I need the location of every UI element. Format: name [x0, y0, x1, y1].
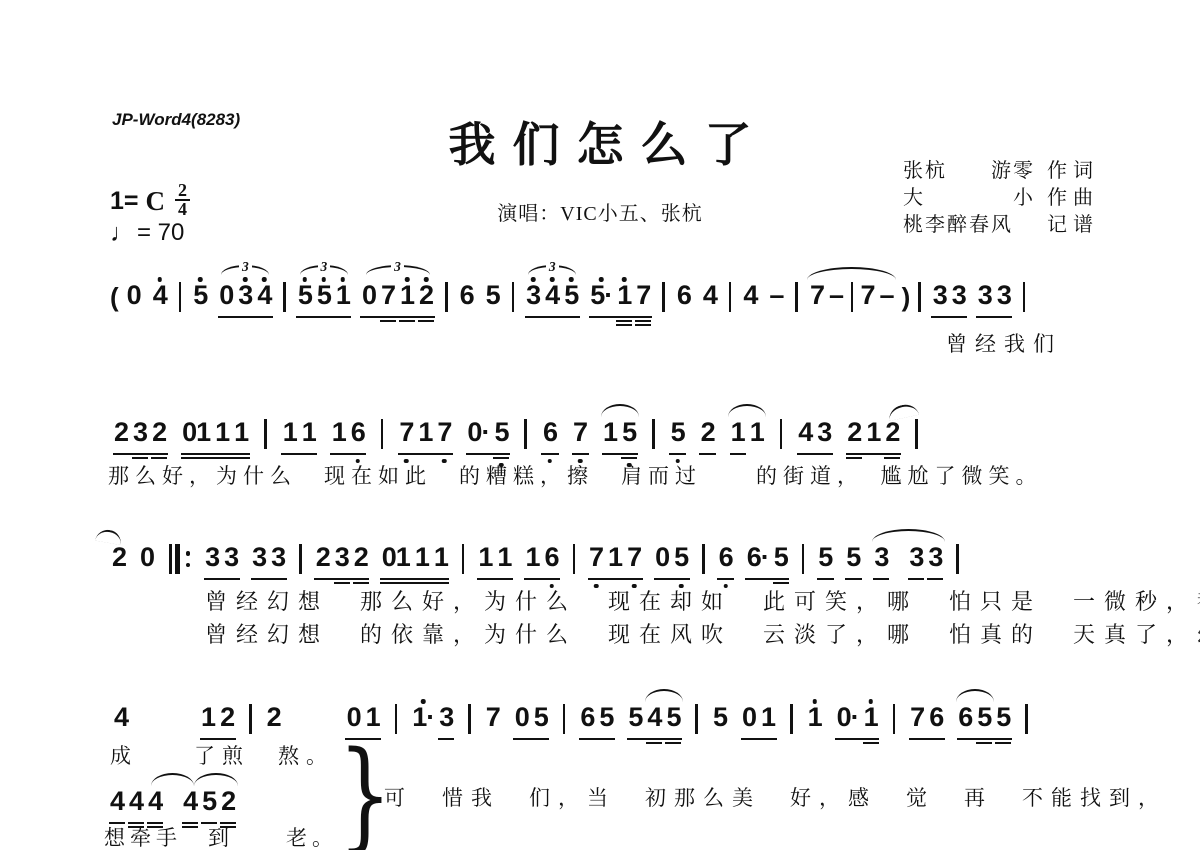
- barline: [563, 704, 566, 734]
- octave-up-dot: [405, 277, 410, 282]
- beam-line: [908, 578, 924, 580]
- note-group: 5: [710, 702, 729, 736]
- note: 5: [975, 702, 994, 736]
- barline: [468, 704, 471, 734]
- tempo-value: = 70: [137, 219, 184, 247]
- note-glyph: 5: [977, 702, 991, 732]
- music-line: 444452: [104, 786, 241, 820]
- note-group: 1·3: [410, 702, 456, 736]
- tie-arc: [194, 773, 237, 786]
- octave-up-dot: [243, 277, 248, 282]
- note: 1: [299, 417, 318, 451]
- note: 6: [578, 702, 597, 736]
- beam-line: [398, 453, 453, 455]
- note: 3: [949, 280, 968, 314]
- note: 1: [728, 417, 747, 451]
- note-glyph: 5: [534, 702, 548, 732]
- note-glyph: 5: [494, 417, 508, 447]
- note: 1: [412, 542, 431, 576]
- note-glyph: 5: [628, 702, 642, 732]
- barline: [381, 419, 384, 449]
- triplet-number: 3: [239, 259, 252, 274]
- beam-line: [334, 582, 350, 584]
- note: 5: [295, 280, 314, 314]
- note-group: 5: [668, 417, 687, 451]
- meter-denominator: 4: [175, 201, 190, 218]
- note: 2: [845, 417, 864, 451]
- note: 5: [664, 702, 683, 736]
- note-glyph: 1: [415, 542, 429, 572]
- credit-name: 桃李醉春风: [903, 212, 1013, 239]
- beam-line: [204, 578, 240, 580]
- note-group: 05: [512, 702, 550, 736]
- note-group: 16: [329, 417, 367, 451]
- note: 5: [620, 417, 639, 451]
- note-group: 333: [872, 542, 945, 576]
- note-glyph: 6: [460, 280, 474, 310]
- note-glyph: 5: [564, 280, 578, 310]
- note: 2: [219, 786, 238, 820]
- note: 0: [359, 280, 378, 314]
- key-signature: 1= C 2 4: [110, 184, 190, 218]
- note-glyph: 1: [525, 542, 539, 572]
- note-glyph: 5: [846, 542, 860, 572]
- note-group: 2: [698, 417, 717, 451]
- note-glyph: 4: [148, 786, 162, 816]
- note-glyph: 5: [202, 786, 216, 816]
- note-glyph: 4: [798, 417, 812, 447]
- note: 5: [483, 280, 502, 314]
- note-group: 6: [457, 280, 476, 314]
- note-glyph: 4: [647, 702, 661, 732]
- note: 3: [524, 280, 543, 314]
- beam-line: [976, 742, 992, 744]
- beam-line: [418, 320, 434, 322]
- repeat-dots: [186, 544, 191, 574]
- note-glyph: 5: [666, 702, 680, 732]
- note-group: 444452: [108, 786, 238, 820]
- note: 7: [625, 542, 644, 576]
- note: 5: [771, 542, 790, 576]
- note-glyph: 3: [224, 542, 238, 572]
- note: 5: [314, 280, 333, 314]
- note: 5: [562, 280, 581, 314]
- beam-line: [572, 453, 589, 455]
- note-glyph: 6: [580, 702, 594, 732]
- note: 4: [700, 280, 719, 314]
- note-glyph: 1: [478, 542, 492, 572]
- note: 4: [741, 280, 760, 314]
- note-group: –: [767, 280, 786, 314]
- tempo-marking: ♩ = 70: [110, 218, 184, 248]
- credit-role: 作曲: [1047, 185, 1099, 212]
- note: 7: [908, 702, 927, 736]
- note-group: 3453: [524, 280, 581, 314]
- note-group: 717: [397, 417, 454, 451]
- note: 3: [269, 542, 288, 576]
- note: 4: [127, 786, 146, 820]
- note-glyph: 4: [129, 786, 143, 816]
- note: 01: [379, 542, 412, 576]
- note-group: 5: [191, 280, 210, 314]
- key-tonic: C: [146, 186, 166, 217]
- note-glyph: 7: [399, 417, 413, 447]
- note-glyph: 3: [335, 542, 349, 572]
- note: 3: [437, 702, 456, 736]
- note-glyph: –: [880, 280, 894, 310]
- note-glyph: 6: [929, 702, 943, 732]
- note-group: 5: [483, 280, 502, 314]
- note-group: 5: [816, 542, 835, 576]
- note-glyph: 6: [351, 417, 365, 447]
- tie-arc: [95, 528, 123, 545]
- quarter-note-icon: ♩: [110, 219, 135, 248]
- beam-line: [314, 578, 369, 580]
- note-glyph: 1: [617, 280, 631, 310]
- credit-name: 游零: [991, 158, 1035, 185]
- note-glyph: 1: [761, 702, 775, 732]
- note: 7: [807, 280, 826, 314]
- tie-arc: [645, 689, 683, 702]
- note-group: 01: [740, 702, 778, 736]
- note: 1: [431, 542, 450, 576]
- note-glyph: 1: [201, 702, 215, 732]
- lyrics-line: 曾经幻想 的依靠，为什么 现在风吹 云淡了，哪 怕真的 天真了，幻: [205, 618, 1200, 649]
- note: 2: [698, 417, 717, 451]
- credit-row: 桃李醉春风记谱: [903, 212, 1093, 239]
- note-glyph: 1: [400, 280, 414, 310]
- note: 0: [138, 542, 157, 576]
- note-glyph: 2: [419, 280, 433, 310]
- barline: [915, 419, 918, 449]
- beam-line: [717, 578, 734, 580]
- barline: [264, 419, 267, 449]
- music-line: (04503435513071236534535·17644–7–7–)3333: [108, 280, 1031, 314]
- music-line: 4122011·37056554550110·176655: [108, 702, 1034, 736]
- beam-line: [589, 316, 652, 318]
- note-glyph: 2: [701, 417, 715, 447]
- note-glyph: 6: [958, 702, 972, 732]
- note-group: 11: [280, 417, 318, 451]
- note-glyph: 2: [354, 542, 368, 572]
- note-group: 12: [199, 702, 237, 736]
- note-glyph: 5: [599, 702, 613, 732]
- beam-line: [181, 457, 250, 459]
- note-group: 1: [805, 702, 824, 736]
- beam-line: [635, 320, 651, 322]
- note-group: 43: [796, 417, 834, 451]
- credit-name: 小: [1013, 185, 1035, 212]
- note-group: 0: [124, 280, 143, 314]
- note-glyph: 1: [866, 417, 880, 447]
- note-glyph: 1: [864, 702, 878, 732]
- note-glyph: 1: [283, 417, 297, 447]
- note-glyph: 5·: [590, 280, 612, 310]
- note-group: 33: [250, 542, 288, 576]
- note-glyph: 1: [608, 542, 622, 572]
- beam-line: [588, 578, 643, 580]
- note-group: 212: [845, 417, 902, 451]
- note: 5: [816, 542, 835, 576]
- note-glyph: 2: [847, 417, 861, 447]
- beam-line: [669, 453, 686, 455]
- note-glyph: 4: [153, 280, 167, 310]
- note: 1: [213, 417, 232, 451]
- beam-line: [817, 578, 834, 580]
- barline: [1023, 282, 1026, 312]
- note: 3: [250, 542, 269, 576]
- music-line: 203333232011111167170566·555333: [106, 542, 965, 576]
- barline: [729, 282, 732, 312]
- beam-line: [773, 582, 789, 584]
- note: 6: [457, 280, 476, 314]
- note: 7: [571, 417, 590, 451]
- lyrics-line: 曾经幻想 那么好，为什么 现在却如 此可笑，哪 怕只是 一微秒，都: [205, 585, 1200, 616]
- beam-line: [745, 578, 789, 580]
- note-glyph: 5: [674, 542, 688, 572]
- beam-line: [957, 738, 1012, 740]
- note: 4: [112, 702, 131, 736]
- note: 6·: [744, 542, 771, 576]
- note-glyph: 7: [437, 417, 451, 447]
- note: 5: [597, 702, 616, 736]
- beam-line: [976, 316, 1012, 318]
- barline: [524, 419, 527, 449]
- barline: [445, 282, 448, 312]
- note: 2: [417, 280, 436, 314]
- beam-line: [541, 453, 558, 455]
- beam-line: [151, 457, 167, 459]
- beam-line: [741, 738, 777, 740]
- beam-line: [380, 578, 449, 580]
- note-glyph: 1: [234, 417, 248, 447]
- note: 1·: [410, 702, 437, 736]
- note: 1: [615, 280, 634, 314]
- note-glyph: 5: [298, 280, 312, 310]
- note: 7: [587, 542, 606, 576]
- note-group: 4: [700, 280, 719, 314]
- note: 01: [180, 417, 213, 451]
- octave-up-dot: [421, 699, 426, 704]
- note-glyph: 2: [112, 542, 126, 572]
- beam-line: [927, 578, 943, 580]
- barline: [956, 544, 959, 574]
- note-group: 655: [956, 702, 1013, 736]
- note-glyph: 3: [526, 280, 540, 310]
- lyrics-line: 曾经我们: [946, 328, 1062, 358]
- note-group: 7–7–: [807, 280, 896, 314]
- note-glyph: 0·: [837, 702, 859, 732]
- repeat-dot: [186, 563, 191, 568]
- note: 5: [492, 417, 511, 451]
- note: 2: [150, 417, 169, 451]
- note: 0: [124, 280, 143, 314]
- octave-up-dot: [424, 277, 429, 282]
- triplet-number: 3: [391, 259, 404, 274]
- octave-up-dot: [531, 277, 536, 282]
- note: 3: [926, 542, 945, 576]
- note-glyph: 7: [810, 280, 824, 310]
- note-glyph: 5: [671, 417, 685, 447]
- beam-line: [616, 320, 632, 322]
- note: 4: [108, 786, 127, 820]
- note-glyph: 0: [140, 542, 154, 572]
- note-glyph: 7: [910, 702, 924, 732]
- note-glyph: 5: [818, 542, 832, 572]
- tie-arc: [728, 404, 766, 417]
- credit-names: 桃李醉春风: [903, 212, 1035, 239]
- credit-row: 大小作曲: [903, 185, 1093, 212]
- note-group: 0111: [180, 417, 251, 451]
- lyrics-line: 想牵手 到 老。: [104, 822, 338, 850]
- note-glyph: 1: [332, 417, 346, 447]
- tie-arc: [887, 402, 919, 421]
- note-glyph: 4: [703, 280, 717, 310]
- note-glyph: 7: [627, 542, 641, 572]
- note-group: 5513: [295, 280, 352, 314]
- note-group: 717: [587, 542, 644, 576]
- note: 2: [883, 417, 902, 451]
- note-group: 2: [110, 542, 129, 576]
- note: 2: [112, 417, 131, 451]
- beam-line: [835, 738, 879, 740]
- note-glyph: 0: [362, 280, 376, 310]
- note-glyph: 3: [933, 280, 947, 310]
- note: 3: [907, 542, 926, 576]
- beam-line: [493, 457, 509, 459]
- note: 5·: [588, 280, 615, 314]
- note-glyph: 3: [133, 417, 147, 447]
- note: 0: [653, 542, 672, 576]
- note: 5: [626, 702, 645, 736]
- note-group: 0: [138, 542, 157, 576]
- note: 1: [805, 702, 824, 736]
- note: 7: [634, 280, 653, 314]
- note-group: 0·1: [834, 702, 880, 736]
- note: 6: [542, 542, 561, 576]
- note: 7: [858, 280, 877, 314]
- note-glyph: 3: [205, 542, 219, 572]
- note: 2: [264, 702, 283, 736]
- beam-line: [251, 578, 287, 580]
- note: 7: [435, 417, 454, 451]
- note-group: 7: [483, 702, 502, 736]
- octave-up-dot: [198, 277, 203, 282]
- note-glyph: 1: [302, 417, 316, 447]
- note-glyph: 2: [221, 786, 235, 816]
- beam-line: [845, 578, 862, 580]
- note: 1: [329, 417, 348, 451]
- note-group: 6: [540, 417, 559, 451]
- note: 3: [203, 542, 222, 576]
- octave-up-dot: [569, 277, 574, 282]
- note-group: 33: [203, 542, 241, 576]
- note-group: 33: [930, 280, 968, 314]
- barline: [695, 704, 698, 734]
- note-group: 07123: [359, 280, 435, 314]
- barline: [512, 282, 515, 312]
- barline: [851, 282, 854, 312]
- note: 1: [199, 702, 218, 736]
- note: 0: [512, 702, 531, 736]
- beam-line: [218, 316, 273, 318]
- octave-up-dot: [262, 277, 267, 282]
- note: 1: [747, 417, 766, 451]
- note-glyph: 1·: [412, 702, 434, 732]
- note: 1: [333, 280, 352, 314]
- note: 3: [222, 542, 241, 576]
- credit-role: 作词: [1047, 158, 1099, 185]
- note-group: 4: [741, 280, 760, 314]
- credit-row: 张杭游零作词: [903, 158, 1093, 185]
- credit-names: 大小: [903, 185, 1035, 212]
- note-glyph: –: [829, 280, 843, 310]
- note-group: 5: [844, 542, 863, 576]
- beam-line: [132, 457, 148, 459]
- tie-arc: [151, 773, 194, 786]
- octave-up-dot: [322, 277, 327, 282]
- beam-line: [995, 742, 1011, 744]
- note: 4: [181, 786, 200, 820]
- triplet-mark: 3: [359, 258, 435, 273]
- note-glyph: 5: [774, 542, 788, 572]
- note-glyph: 6: [677, 280, 691, 310]
- note: 4: [146, 786, 165, 820]
- note-glyph: 4: [114, 702, 128, 732]
- note: 5: [200, 786, 219, 820]
- note: 5: [994, 702, 1013, 736]
- note: 4: [645, 702, 664, 736]
- lyrics-line: 成 了煎 熬。: [110, 740, 334, 770]
- beam-line: [281, 453, 317, 455]
- tie-arc: [872, 529, 945, 542]
- note: 7: [483, 702, 502, 736]
- note-glyph: 5: [486, 280, 500, 310]
- note-glyph: –: [769, 280, 783, 310]
- credit-name: 张杭: [903, 158, 947, 185]
- barline: [283, 282, 286, 312]
- beam-line: [181, 453, 250, 455]
- beam-line: [621, 457, 637, 459]
- note: 1: [476, 542, 495, 576]
- note-glyph: 2: [152, 417, 166, 447]
- note-glyph: 6: [543, 417, 557, 447]
- note: 5: [531, 702, 550, 736]
- note: 1: [523, 542, 542, 576]
- note: 4: [150, 280, 169, 314]
- note-glyph: 7: [486, 702, 500, 732]
- note-glyph: 4: [743, 280, 757, 310]
- note-glyph: 3: [439, 702, 453, 732]
- tie-arc: [601, 404, 639, 417]
- barline: [662, 282, 665, 312]
- note-group: 232: [112, 417, 169, 451]
- note-glyph: 3: [978, 280, 992, 310]
- note-glyph: 1: [336, 280, 350, 310]
- note-glyph: 0: [515, 702, 529, 732]
- barline: [395, 704, 398, 734]
- beam-line: [579, 738, 615, 740]
- note-glyph: 4: [257, 280, 271, 310]
- key-prefix: 1=: [110, 187, 139, 216]
- note: 0: [740, 702, 759, 736]
- beam-line: [635, 324, 651, 326]
- note: 5: [191, 280, 210, 314]
- beam-line: [616, 324, 632, 326]
- octave-up-dot: [341, 277, 346, 282]
- octave-up-dot: [622, 277, 627, 282]
- lyrics-line: 那么好，为什么 现在如此 的糟糕，擦 肩而过 的街道， 尴尬了微笑。: [108, 460, 1043, 490]
